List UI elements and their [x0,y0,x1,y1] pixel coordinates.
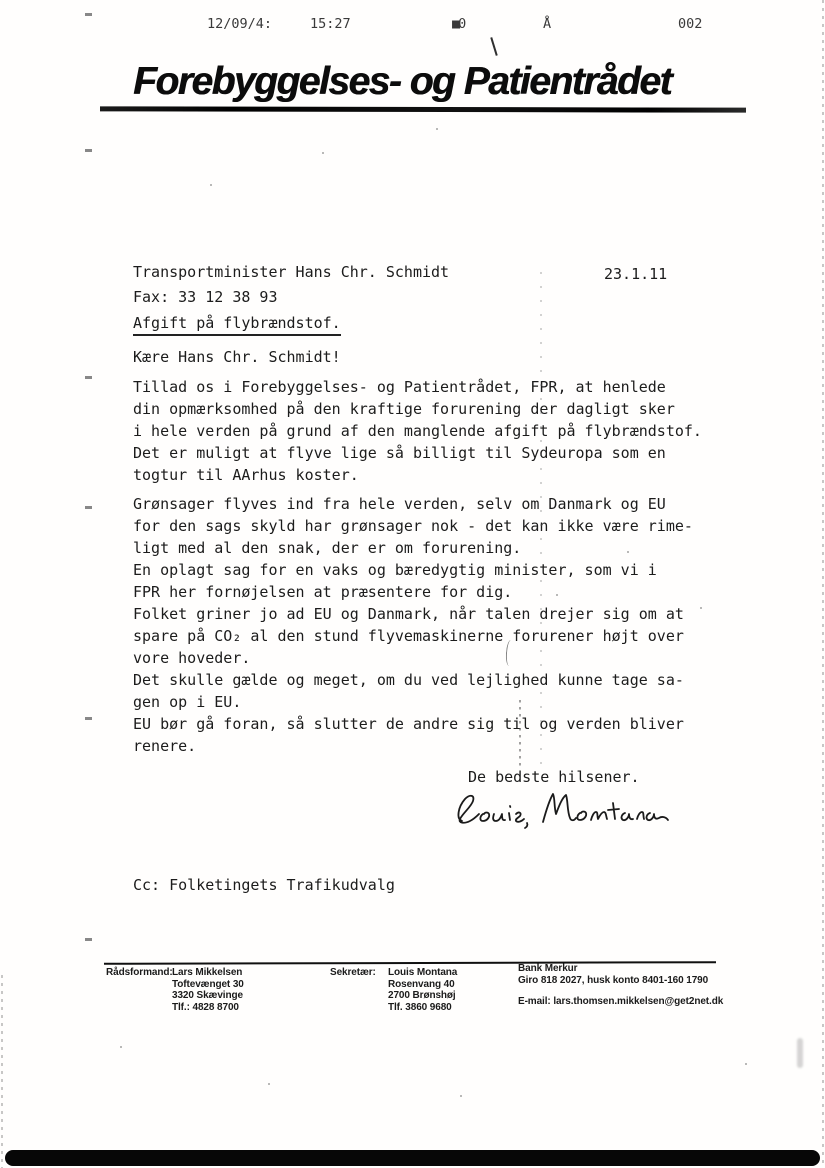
salutation: Kære Hans Chr. Schmidt! [133,348,341,366]
scan-artifact [210,184,212,186]
body-line: i hele verden på grund af den manglende … [133,420,702,442]
scan-artifact [85,717,92,720]
cc-line: Cc: Folketingets Trafikudvalg [133,876,395,894]
body-line: ligt med al den snak, der er om forureni… [133,537,702,559]
footer-bank: Bank Merkur [518,963,723,975]
letterhead-rule [100,106,746,112]
footer-left-phone: Tlf.: 4828 8700 [172,1002,244,1014]
footer-left-address2: 3320 Skævinge [172,990,244,1002]
scan-artifact [85,506,92,509]
fax-counter: ■0 [452,16,464,32]
fax-date: 12/09/4: [207,16,272,32]
body-line: togtur til AArhus koster. [133,464,702,486]
scan-artifact [120,1046,122,1048]
scan-artifact [85,149,92,152]
body-line: renere. [133,735,702,757]
subject-line: Afgift på flybrændstof. [133,314,341,336]
footer-left-details: Lars Mikkelsen Toftevænget 30 3320 Skævi… [172,967,244,1013]
footer-middle-role: Sekretær: [330,967,376,979]
scan-artifact [85,938,92,941]
scan-artifact [436,128,438,130]
footer-middle-details: Louis Montana Rosenvang 40 2700 Brønshøj… [388,967,457,1013]
footer-middle-address2: 2700 Brønshøj [388,990,457,1002]
scan-artifact [322,152,324,154]
letter-body: Tillad os i Forebyggelses- og Patientråd… [133,376,702,757]
scan-artifact [85,13,92,16]
scan-artifact [556,594,558,596]
scan-artifact [797,1038,803,1068]
scan-artifact [745,1063,747,1065]
body-line: for den sags skyld har grønsager nok - d… [133,515,702,537]
footer-giro: Giro 818 2027, husk konto 8401-160 1790 [518,975,723,987]
fax-number-line: Fax: 33 12 38 93 [133,288,278,306]
fax-time: 15:27 [310,16,351,32]
body-line: FPR her fornøjelsen at præsentere for di… [133,581,702,603]
footer-right-details: Bank Merkur Giro 818 2027, husk konto 84… [518,963,723,1008]
body-line: vore hoveder. [133,647,702,669]
letter-date: 23.1.11 [604,265,667,283]
scan-artifact [822,0,824,1168]
scan-artifact [490,37,497,56]
body-line: spare på CO₂ al den stund flyvemaskinern… [133,625,702,647]
body-line: din opmærksomhed på den kraftige foruren… [133,398,702,420]
body-line: Det skulle gælde og meget, om du ved lej… [133,669,702,691]
closing-line: De bedste hilsener. [468,768,640,786]
footer-middle-name: Louis Montana [388,967,457,979]
scan-artifact [1,975,3,1168]
body-line: Tillad os i Forebyggelses- og Patientråd… [133,376,702,398]
body-line: EU bør gå foran, så slutter de andre sig… [133,713,702,735]
scanned-letter-page: 12/09/4: 15:27 ■0 Å 002 Forebyggelses- o… [0,0,825,1168]
fax-char: Å [543,16,551,32]
footer-left-name: Lars Mikkelsen [172,967,244,979]
scan-artifact [268,1083,270,1085]
scan-artifact [519,700,521,768]
scan-artifact [700,607,702,609]
scan-artifact [540,272,542,772]
footer-middle-phone: Tlf. 3860 9680 [388,1002,457,1014]
body-line: En oplagt sag for en vaks og bæredygtig … [133,559,702,581]
scan-artifact [627,551,629,553]
scan-artifact [460,1095,462,1097]
body-line: Det er muligt at flyve lige så billigt t… [133,442,702,464]
scan-bottom-bar [5,1150,820,1166]
fax-page-number: 002 [678,16,702,32]
footer-email: E-mail: lars.thomsen.mikkelsen@get2net.d… [518,996,723,1008]
body-line: Folket griner jo ad EU og Danmark, når t… [133,603,702,625]
body-line: gen op i EU. [133,691,702,713]
recipient-line: Transportminister Hans Chr. Schmidt [133,263,449,281]
footer-middle-address1: Rosenvang 40 [388,979,457,991]
footer-left-role: Rådsformand: [106,967,173,979]
body-line: Grønsager flyves ind fra hele verden, se… [133,493,702,515]
letterhead-title: Forebyggelses- og Patientrådet [133,60,671,104]
scan-artifact [85,376,92,379]
handwritten-signature [448,785,673,833]
footer-left-address1: Toftevænget 30 [172,979,244,991]
